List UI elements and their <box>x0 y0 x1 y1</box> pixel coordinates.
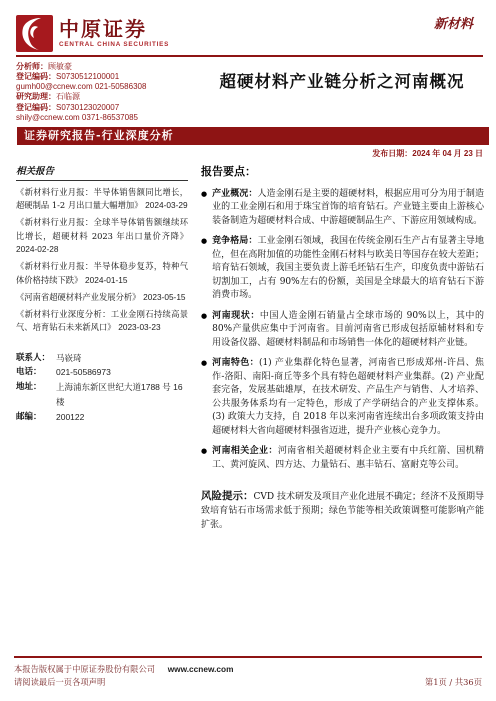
footer: 本报告版权属于中原证券股份有限公司 www.ccnew.com 请阅读最后一页各… <box>14 656 482 690</box>
sector-badge: 新材料 <box>434 13 473 32</box>
regcode-label-2: 登记编码： <box>16 103 56 112</box>
disclaimer-line: 请阅读最后一页各项声明 <box>14 676 233 689</box>
key-point-item: ● 河南相关企业：河南省相关超硬材料企业主要有中兵红箭、国机精工、黄河旋风、四方… <box>201 445 484 472</box>
key-point-body: (1) 产业集群化特色显著，河南省已形成郑州-许昌、焦作-洛阳、南阳-商丘等多个… <box>212 358 484 436</box>
assistant-regcode: S0730123020007 <box>56 103 119 112</box>
left-column: 相关报告 《新材料行业月报：半导体销售额同比增长，超硬制品 1-2 月出口量大幅… <box>16 163 188 532</box>
bullet-icon: ● <box>201 445 207 472</box>
key-point-label: 河南相关企业： <box>212 446 278 456</box>
related-report-title: 《新材料行业月报：全球半导体销售额继续环比增长，超硬材料 2023 年出口量价齐… <box>16 217 188 240</box>
assistant-label: 研究助理： <box>16 92 56 101</box>
analyst-name: 顾敏豪 <box>48 62 72 71</box>
postcode-value: 200122 <box>56 410 188 425</box>
key-point-label: 产业概况： <box>212 189 257 199</box>
copyright-text: 本报告版权属于中原证券股份有限公司 <box>14 664 155 674</box>
assistant-contact: shily@ccnew.com 0371-86537085 <box>16 113 201 123</box>
regcode-label: 登记编码： <box>16 72 56 81</box>
right-column: 报告要点： ● 产业概况：人造金刚石是主要的超硬材料，根据应用可分为用于制造业的… <box>201 163 484 532</box>
related-report-item: 《新材料行业深度分析：工业金刚石持续高景气、培育钻石未来新风口》 2023-03… <box>16 308 188 335</box>
page-number: 第1页 / 共36页 <box>425 676 482 689</box>
risk-label: 风险提示： <box>201 490 254 502</box>
company-name-cn: 中原证券 <box>59 19 169 40</box>
key-point-label: 河南现状： <box>212 311 260 321</box>
key-point-text: 产业概况：人造金刚石是主要的超硬材料，根据应用可分为用于制造业的工业金刚石和用于… <box>212 188 484 229</box>
bullet-icon: ● <box>201 310 207 351</box>
key-point-text: 河南现状：中国人造金刚石销量占全球市场的 90%以上，其中的 80%产量供应集中… <box>212 310 484 351</box>
report-type-text: 证券研究报告-行业深度分析 <box>24 129 174 142</box>
key-points-heading: 报告要点： <box>201 163 484 179</box>
copyright-line: 本报告版权属于中原证券股份有限公司 www.ccnew.com <box>14 663 233 676</box>
company-name-en: CENTRAL CHINA SECURITIES <box>59 41 169 48</box>
related-report-item: 《河南省超硬材料产业发展分析》 2023-05-15 <box>16 291 188 304</box>
key-point-item: ● 河南特色：(1) 产业集群化特色显著，河南省已形成郑州-许昌、焦作-洛阳、南… <box>201 357 484 438</box>
company-logo: 中原证券 CENTRAL CHINA SECURITIES <box>16 15 169 52</box>
analyst-contact: gumh00@ccnew.com 021-50586308 <box>16 82 201 92</box>
top-row: 分析师：顾敏豪 登记编码：S0730512100001 gumh00@ccnew… <box>16 62 483 123</box>
key-point-item: ● 产业概况：人造金刚石是主要的超硬材料，根据应用可分为用于制造业的工业金刚石和… <box>201 188 484 229</box>
related-report-item: 《新材料行业月报：全球半导体销售额继续环比增长，超硬材料 2023 年出口量价齐… <box>16 216 188 256</box>
logo-text: 中原证券 CENTRAL CHINA SECURITIES <box>59 19 169 48</box>
assistant-line: 研究助理：石临源 <box>16 92 201 102</box>
related-report-date: 2024-02-28 <box>16 244 58 254</box>
contact-phone-row: 电话： 021-50586973 <box>16 365 188 380</box>
footer-left: 本报告版权属于中原证券股份有限公司 www.ccnew.com 请阅读最后一页各… <box>14 663 233 690</box>
bullet-icon: ● <box>201 188 207 229</box>
contact-block: 联系人： 马嵚琦 电话： 021-50586973 地址： 上海浦东新区世纪大道… <box>16 351 188 425</box>
related-reports-heading: 相关报告 <box>16 163 188 181</box>
assistant-regcode-line: 登记编码：S0730123020007 <box>16 103 201 113</box>
analyst-info: 分析师：顾敏豪 登记编码：S0730512100001 gumh00@ccnew… <box>16 62 201 123</box>
key-point-item: ● 河南现状：中国人造金刚石销量占全球市场的 90%以上，其中的 80%产量供应… <box>201 310 484 351</box>
analyst-regcode-line: 登记编码：S0730512100001 <box>16 72 201 82</box>
header: 中原证券 CENTRAL CHINA SECURITIES 新材料 <box>16 0 483 57</box>
contact-name: 马嵚琦 <box>56 351 188 366</box>
related-report-date: 2024-01-15 <box>85 275 127 285</box>
logo-icon <box>16 15 53 52</box>
title-zone: 超硬材料产业链分析之河南概况 <box>201 62 483 123</box>
key-point-text: 河南特色：(1) 产业集群化特色显著，河南省已形成郑州-许昌、焦作-洛阳、南阳-… <box>212 357 484 438</box>
phone-label: 电话： <box>16 365 56 380</box>
contact-postcode-row: 邮编： 200122 <box>16 410 188 425</box>
key-point-text: 竞争格局：工业金刚石领域，我国在传统金刚石生产占有显著主导地位，但在高附加值的功… <box>212 235 484 303</box>
related-report-item: 《新材料行业月报：半导体稳步复苏，特种气体价格持续下跌》 2024-01-15 <box>16 260 188 287</box>
phone-value: 021-50586973 <box>56 365 188 380</box>
related-report-title: 《新材料行业深度分析：工业金刚石持续高景气、培育钻石未来新风口》 <box>16 309 188 332</box>
publish-date-value: 2024 年 04 月 23 日 <box>412 149 483 158</box>
related-report-date: 2024-03-29 <box>145 200 187 210</box>
contact-address-row: 地址： 上海浦东新区世纪大道1788 号 16 楼 <box>16 380 188 410</box>
risk-warning: 风险提示：CVD 技术研发及项目产业化进展不确定；经济不及预期导致培育钻石市场需… <box>201 489 484 532</box>
report-page: 中原证券 CENTRAL CHINA SECURITIES 新材料 分析师：顾敏… <box>0 0 496 701</box>
address-value: 上海浦东新区世纪大道1788 号 16 楼 <box>56 380 188 410</box>
key-point-text: 河南相关企业：河南省相关超硬材料企业主要有中兵红箭、国机精工、黄河旋风、四方达、… <box>212 445 484 472</box>
contact-label: 联系人： <box>16 351 56 366</box>
assistant-name: 石临源 <box>56 92 80 101</box>
analyst-regcode: S0730512100001 <box>56 72 119 81</box>
address-label: 地址： <box>16 380 56 410</box>
contact-person-row: 联系人： 马嵚琦 <box>16 351 188 366</box>
analyst-label: 分析师： <box>16 62 48 71</box>
report-title: 超硬材料产业链分析之河南概况 <box>201 68 483 92</box>
bullet-icon: ● <box>201 235 207 303</box>
website-link: www.ccnew.com <box>168 664 234 674</box>
report-type-banner: 证券研究报告-行业深度分析 <box>17 127 489 145</box>
key-point-label: 河南特色： <box>212 358 259 368</box>
related-report-item: 《新材料行业月报：半导体销售额同比增长，超硬制品 1-2 月出口量大幅增加》 2… <box>16 186 188 213</box>
bullet-icon: ● <box>201 357 207 438</box>
key-point-label: 竞争格局： <box>212 236 257 246</box>
related-report-date: 2023-03-23 <box>118 322 160 332</box>
publish-date: 发布日期：2024 年 04 月 23 日 <box>16 148 483 159</box>
key-point-item: ● 竞争格局：工业金刚石领域，我国在传统金刚石生产占有显著主导地位，但在高附加值… <box>201 235 484 303</box>
publish-date-label: 发布日期： <box>372 149 412 158</box>
related-report-title: 《河南省超硬材料产业发展分析》 <box>16 292 140 302</box>
postcode-label: 邮编： <box>16 410 56 425</box>
related-report-date: 2023-05-15 <box>143 292 185 302</box>
analyst-line: 分析师：顾敏豪 <box>16 62 201 72</box>
content: 相关报告 《新材料行业月报：半导体销售额同比增长，超硬制品 1-2 月出口量大幅… <box>16 163 484 532</box>
